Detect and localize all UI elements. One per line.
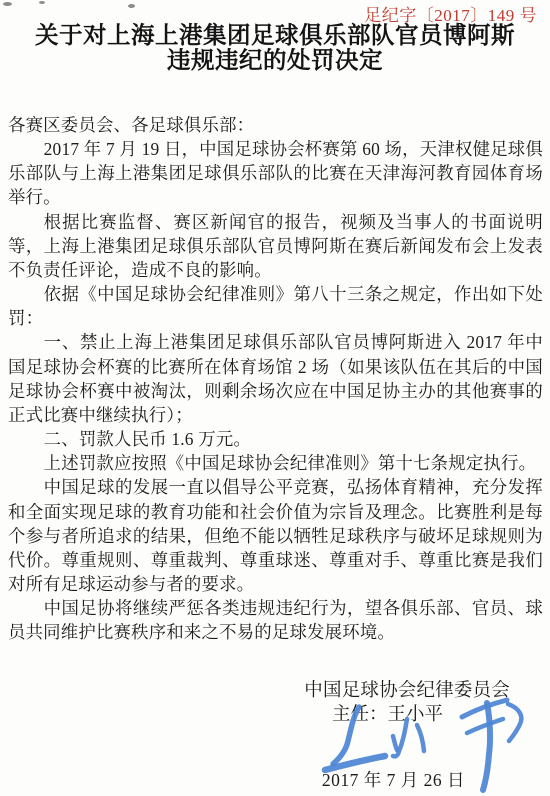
paragraph-5-penalty-item-2: 二、罚款人民币 1.6 万元。 — [8, 427, 543, 451]
paragraph-6: 上述罚款应按照《中国足球协会纪律准则》第十七条规定执行。 — [8, 451, 543, 475]
document-title: 关于对上海上港集团足球俱乐部队官员博阿斯违规违纪的处罚决定 — [0, 24, 550, 73]
scan-artifact — [39, 1, 45, 4]
paragraph-8: 中国足协将继续严惩各类违规违纪行为，望各俱乐部、官员、球员共同维护比赛秩序和来之… — [8, 596, 543, 644]
signature-date: 2017 年 7 月 26 日 — [322, 767, 465, 792]
paragraph-4-penalty-item-1: 一、禁止上海上港集团足球俱乐部队官员博阿斯进入 2017 年中国足球协会杯赛的比… — [8, 330, 543, 427]
document-title-line2: 违规违纪的处罚决定 — [167, 48, 383, 74]
paragraph-3: 依据《中国足球协会纪律准则》第八十三条之规定，作出如下处罚： — [8, 282, 543, 330]
paragraph-2: 根据比赛监督、赛区新闻官的报告，视频及当事人的书面说明等，上海上港集团足球俱乐部… — [8, 210, 543, 282]
scan-artifact — [3, 2, 12, 6]
document-page: 足纪字〔2017〕149 号 关于对上海上港集团足球俱乐部队官员博阿斯违规违纪的… — [0, 0, 550, 796]
document-title-line1: 关于对上海上港集团足球俱乐部队官员博阿斯 — [35, 23, 515, 49]
salutation: 各赛区委员会、各足球俱乐部： — [8, 113, 543, 137]
paragraph-1: 2017 年 7 月 19 日，中国足球协会杯赛第 60 场，天津权健足球俱乐部… — [8, 137, 543, 209]
paragraph-7: 中国足球的发展一直以倡导公平竞赛，弘扬体育精神，充分发挥和全面实现足球的教育功能… — [8, 475, 543, 596]
scan-artifact — [128, 4, 135, 8]
document-body: 各赛区委员会、各足球俱乐部： 2017 年 7 月 19 日，中国足球协会杯赛第… — [8, 113, 543, 644]
